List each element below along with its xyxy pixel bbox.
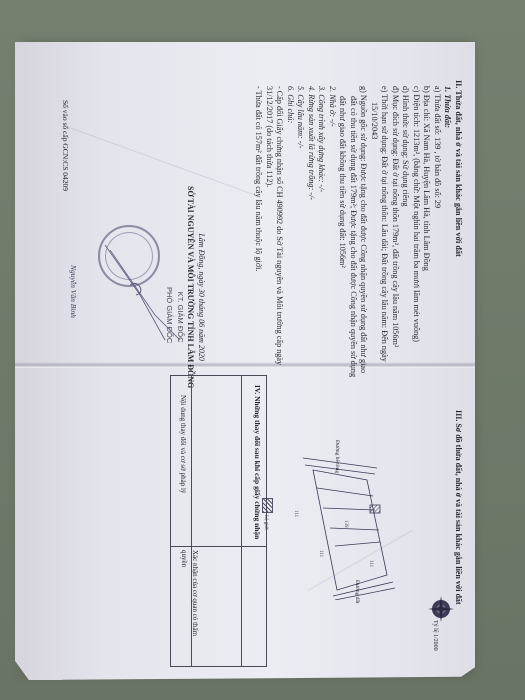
- note-1: - Cấp đổi Giấy chứng nhận số CH 490992 d…: [274, 80, 285, 377]
- use-form: d) Hình thức sử dụng: Sử dụng riêng: [400, 80, 411, 377]
- section-iii-title: III. Sơ đồ thửa đất, nhà ở và tài sản kh…: [453, 410, 464, 605]
- use-purpose: đ) Mục đích sử dụng: Đất ở tại nông thôn…: [390, 80, 401, 377]
- table-col-1: Nội dung thay đổi và cơ sở pháp lý: [178, 395, 189, 493]
- sub-3: 3. Công trình xây dựng khác: -/-: [316, 80, 327, 377]
- svg-text:111: 111: [368, 560, 373, 568]
- sub-4: 4. Rừng sản xuất là rừng trồng: -/-: [306, 80, 317, 377]
- section-iv-title: IV. Những thay đổi sau khi cấp giấy chứn…: [252, 385, 263, 539]
- road-top-label: Đường bê tông: [332, 440, 343, 473]
- sub-1: 1. Thửa đất:: [442, 80, 453, 377]
- sub-2: 2. Nhà ở: -/-: [327, 80, 338, 377]
- svg-text:139: 139: [343, 520, 348, 528]
- signature-icon: [70, 235, 190, 345]
- map-scale: Tỷ lệ 1/2000: [430, 620, 441, 651]
- svg-text:111: 111: [293, 510, 298, 518]
- note-3: - Thửa đất có 157m² đất trồng cây lâu nă…: [253, 80, 264, 377]
- section-ii-title: II. Thửa đất, nhà ở và tài sản khác gắn …: [453, 80, 464, 377]
- parcel-no: a) Thửa đất số: 139 , tờ bản đồ số: 29: [432, 80, 443, 377]
- area: c) Diện tích: 1213m², (bằng chữ: Một ngh…: [411, 80, 422, 377]
- origin-3: đất như giao đất không thu tiền sử dụng …: [337, 80, 348, 377]
- svg-text:111: 111: [318, 550, 323, 558]
- compass-icon: [426, 594, 456, 624]
- date-line: Lâm Đồng, ngày 30 tháng 06 năm 2020: [196, 186, 207, 388]
- sub-6: 6. Ghi chú:: [285, 80, 296, 377]
- note-2: 31/12/2017 (do tách thửa 112).: [264, 80, 275, 377]
- road-bottom-label: Đường đất: [352, 580, 363, 603]
- registry-number: Số vào sổ cấp GCN:CS 04209: [60, 100, 71, 191]
- origin: g) Nguồn gốc sử dụng: Được tặng cho đất …: [358, 80, 369, 377]
- use-term-date: 15/10/2043: [369, 80, 380, 377]
- signer-name: Nguyễn Văn Bình: [68, 265, 79, 318]
- section-ii: II. Thửa đất, nhà ở và tài sản khác gắn …: [253, 80, 463, 377]
- address: b) Địa chỉ: Xã Nam Hà, Huyện Lâm Hà, tỉn…: [421, 80, 432, 377]
- table-col-2: Xác nhận của cơ quan có thẩm quyền: [179, 550, 200, 650]
- sub-5: 5. Cây lâu năm: -/-: [295, 80, 306, 377]
- use-term: e) Thời hạn sử dụng: Đất ở tại nông thôn…: [379, 80, 390, 377]
- origin-2: đất có thu tiền sử dụng đất 179m²; Được …: [348, 80, 359, 377]
